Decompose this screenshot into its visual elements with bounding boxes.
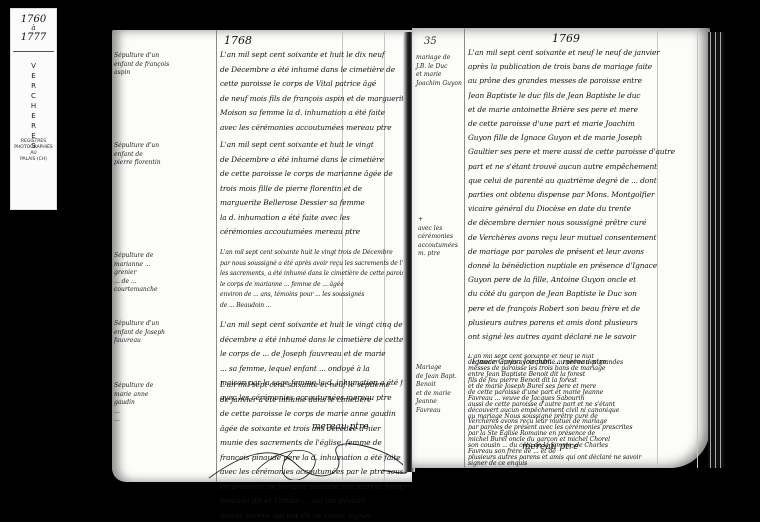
entry-line: avec les cérémonies accoutumées mereau p… bbox=[220, 121, 406, 136]
margin-line-text: Sépulture de bbox=[114, 382, 153, 391]
margin-line-text: grenier bbox=[114, 269, 158, 278]
entry-margin-note: Sépulture d'unenfant de Josephfauvreau bbox=[114, 320, 165, 346]
entry-line: Moison sa femme la d. inhumation a été f… bbox=[220, 106, 406, 121]
margin-line-text: aspin bbox=[114, 69, 169, 78]
margin-line-text: enfant de françois bbox=[114, 61, 169, 70]
side-note-line: m. ptre bbox=[418, 250, 458, 259]
margin-line-text: Sépulture de bbox=[114, 252, 158, 261]
place-letter: E bbox=[11, 111, 56, 121]
margin-line-text: Sépulture d'un bbox=[114, 142, 161, 151]
label-divider bbox=[13, 51, 54, 52]
entry-line: marguerite Bellerose Dessier sa femme bbox=[220, 196, 406, 211]
margin-line-text: Mariage bbox=[416, 364, 457, 373]
entry-line: et de marie antoinette Brière ses pere e… bbox=[468, 103, 704, 117]
entry-line: de ... Beaudoin ... bbox=[220, 301, 406, 312]
place-letter: E bbox=[11, 71, 56, 81]
film-note: REGISTRESPHOTOGRAPHIÉSAUPALAIS (CH) bbox=[11, 139, 56, 163]
side-note-line: cérémonies bbox=[418, 233, 458, 242]
page-year: 1768 bbox=[224, 34, 252, 47]
margin-line-text: Benoit bbox=[416, 381, 457, 390]
entry-line: L'an mil sept cent soixante et neuf le s… bbox=[220, 378, 406, 393]
register-entry: L'an mil sept cent soixante et huit le d… bbox=[220, 48, 406, 135]
place-letter: R bbox=[11, 81, 56, 91]
margin-line-text: courtemanche bbox=[114, 286, 158, 295]
entry-line: de cette paroisse d'une part et marie Jo… bbox=[468, 117, 704, 131]
margin-line-text: J.B. le Duc bbox=[416, 63, 462, 72]
entry-line: part et ne s'étant trouvé aucun autre em… bbox=[468, 160, 704, 174]
right-page: 35 1769 mariage deJ.B. le Ducet marieJoa… bbox=[412, 28, 710, 468]
margin-line-text: ... bbox=[114, 408, 153, 417]
entry-line: par nous soussigné a été après avoir reç… bbox=[220, 259, 406, 270]
entry-line: au prône des grandes messes de paroisse … bbox=[468, 74, 704, 88]
folio-number: 35 bbox=[424, 36, 437, 47]
entry-line: décembre a été inhumé dans le cimetière … bbox=[220, 333, 406, 348]
margin-line-text: Sépulture d'un bbox=[114, 320, 165, 329]
place-letter: C bbox=[11, 91, 56, 101]
margin-line-text: ... de ... bbox=[114, 278, 158, 287]
entry-line: Guyon pere de la fille, Antoine Guyon on… bbox=[468, 273, 704, 287]
place-letter: H bbox=[11, 101, 56, 111]
entry-line: L'an mil sept cent soixante et huit le v… bbox=[220, 318, 406, 333]
margin-line-text: Sépulture d'un bbox=[114, 52, 169, 61]
priest-signature: mereau ptre bbox=[312, 422, 369, 432]
entry-line: le corps de marianne ... femme de ... âg… bbox=[220, 280, 406, 291]
entry-line: de neuf mois fils de françois aspin et d… bbox=[220, 92, 406, 107]
flourish-ornament bbox=[207, 440, 417, 480]
film-label-card: 1760 à 1777 VERCHERES REGISTRESPHOTOGRAP… bbox=[10, 8, 57, 210]
entry-line: L'an mil sept cent soixante et neuf le n… bbox=[468, 46, 704, 60]
entry-line: de janvier a été inhumé dans le cimetièr… bbox=[220, 393, 406, 408]
entry-line: de Décembre a été inhumé dans le cimetiè… bbox=[220, 63, 406, 78]
margin-line-text: pierre florentin bbox=[114, 159, 161, 168]
side-note-line: accoutumées bbox=[418, 242, 458, 251]
entry-line: plusieurs autres parens et amis dont plu… bbox=[468, 316, 704, 330]
entry-line: de cette paroisse le corps de marianne â… bbox=[220, 167, 406, 182]
margin-rule bbox=[216, 30, 217, 482]
register-entry: L'an mil sept cent soixante et huit le v… bbox=[220, 138, 406, 240]
page-edges bbox=[708, 32, 724, 468]
entry-line: la d. inhumation a été faite avec les bbox=[220, 211, 406, 226]
margin-line-text: Favreau bbox=[416, 407, 457, 416]
entry-line: Gaultier ses pere et mere aussi de cette… bbox=[468, 145, 704, 159]
entry-line: trois mois fille de pierre florentin et … bbox=[220, 182, 406, 197]
margin-line-text: et de marie bbox=[416, 390, 457, 399]
entry-line: de cette paroisse le corps de marie anne… bbox=[220, 407, 406, 422]
entry-line: le corps de ... de Joseph fauvreau et de… bbox=[220, 347, 406, 362]
year-separator: à bbox=[11, 25, 56, 32]
place-letter: R bbox=[11, 121, 56, 131]
entry-line: ont signé les autres ayant déclaré ne le… bbox=[468, 330, 704, 344]
margin-line-text: ... bbox=[114, 416, 153, 425]
margin-line-text: enfant de Joseph bbox=[114, 329, 165, 338]
entry-line: cette paroisse le corps de Vital patrice… bbox=[220, 77, 406, 92]
register-book-scan: 1768 Sépulture d'unenfant de françoisasp… bbox=[100, 24, 740, 500]
side-note-line: + bbox=[418, 216, 458, 225]
entry-line: signer de ce enquis bbox=[468, 461, 704, 467]
entry-line: de décembre dernier nous soussigné prêtr… bbox=[468, 216, 704, 230]
film-label-years: 1760 à 1777 bbox=[11, 14, 56, 43]
entry-line: environ de ... ans, témoins pour ... les… bbox=[220, 290, 406, 301]
entry-line: L'an mil sept cent soixante huit le ving… bbox=[220, 248, 406, 259]
entry-line: autres parens qui ont dit ne savoir sign… bbox=[220, 509, 406, 522]
entry-line: de mariage par paroles de présent et leu… bbox=[468, 245, 704, 259]
entry-line: donné la bénédiction nuptiale en présenc… bbox=[468, 259, 704, 273]
entry-line: vicaire général du Diocèse en date du tr… bbox=[468, 202, 704, 216]
margin-line-text: et marie bbox=[416, 71, 462, 80]
margin-line-text: enfant de bbox=[114, 151, 161, 160]
entry-line: Jean Baptiste le duc fils de Jean Baptis… bbox=[468, 89, 704, 103]
entry-margin-note: Sépulture demarianne ... grenier... de .… bbox=[114, 252, 158, 295]
margin-line-text: de Jean Bapt. bbox=[416, 373, 457, 382]
entry-line: en présence de françois pinaude son mari… bbox=[220, 480, 406, 495]
year-end: 1777 bbox=[11, 32, 56, 43]
film-note-line: PALAIS (CH) bbox=[11, 157, 56, 163]
margin-line-text: mariage de bbox=[416, 54, 462, 63]
entry-line: après la publication de trois bans de ma… bbox=[468, 60, 704, 74]
entry-line: Guyon fille de Ignace Guyon et de marie … bbox=[468, 131, 704, 145]
entry-line: parties ont obtenu dispense par Mons. Mo… bbox=[468, 188, 704, 202]
entry-line: ... sa femme, lequel enfant ... ondoyé à… bbox=[220, 362, 406, 377]
entry-margin-note: Sépulture d'unenfant de françoisaspin bbox=[114, 52, 169, 78]
entry-line: pinaude fils et Urbain ... qui ont décla… bbox=[220, 494, 406, 509]
margin-line-text: Joachim Guyon bbox=[416, 80, 462, 89]
entry-margin-note: mariage deJ.B. le Ducet marieJoachim Guy… bbox=[416, 54, 462, 88]
entry-margin-note: Sépulture demarie annegaudin... ... bbox=[114, 382, 153, 425]
entry-line: cérémonies accoutumées mereau ptre bbox=[220, 225, 406, 240]
side-note: +avec lescérémoniesaccoutuméesm. ptre bbox=[418, 216, 458, 259]
entry-line: de Verchères avons reçu leur mutuel cons… bbox=[468, 231, 704, 245]
entry-line: L'an mil sept cent soixante et huit le v… bbox=[220, 138, 406, 153]
margin-line-text: Jeanne bbox=[416, 398, 457, 407]
entry-margin-note: Mariagede Jean Bapt.Benoitet de marieJea… bbox=[416, 364, 457, 415]
entry-line: pere et de françois Robert son beau frèr… bbox=[468, 302, 704, 316]
priest-signature: mereau ptre bbox=[522, 442, 579, 452]
page-year: 1769 bbox=[552, 32, 580, 45]
margin-line-text: gaudin bbox=[114, 399, 153, 408]
place-letter: V bbox=[11, 61, 56, 71]
entry-line: L'an mil sept cent soixante et huit le d… bbox=[220, 48, 406, 63]
register-entry: L'an mil sept cent soixante et neuf le h… bbox=[468, 354, 704, 467]
side-note-line: avec les bbox=[418, 225, 458, 234]
register-entry: L'an mil sept cent soixante huit le ving… bbox=[220, 248, 406, 311]
entry-line: les sacrements, a été inhumé dans le cim… bbox=[220, 269, 406, 280]
margin-line-text: fauvreau bbox=[114, 337, 165, 346]
parish-name: VERCHERES bbox=[11, 61, 56, 151]
entry-line: de Décembre a été inhumé dans le cimetiè… bbox=[220, 153, 406, 168]
entry-margin-note: Sépulture d'unenfant depierre florentin bbox=[114, 142, 161, 168]
entry-line: que celui de parenté au quatrième degré … bbox=[468, 174, 704, 188]
margin-line-text: marianne ... bbox=[114, 261, 158, 270]
margin-line-text: marie anne bbox=[114, 391, 153, 400]
margin-rule bbox=[464, 28, 465, 468]
register-entry: L'an mil sept cent soixante et neuf le n… bbox=[468, 46, 704, 344]
left-page: 1768 Sépulture d'unenfant de françoisasp… bbox=[112, 30, 412, 482]
entry-line: du côté du garçon de Jean Baptiste le Du… bbox=[468, 287, 704, 301]
